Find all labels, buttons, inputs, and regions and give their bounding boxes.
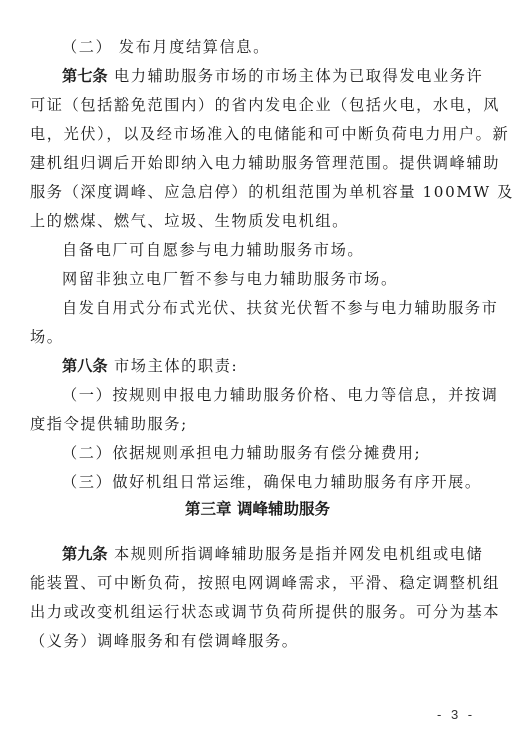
paragraph-line: （义务）调峰服务和有偿调峰服务。 [30, 631, 472, 651]
article-7-line: 第七条 电力辅助服务市场的市场主体为已取得发电业务许 [62, 66, 472, 86]
article-9-text: 本规则所指调峰辅助服务是指并网发电机组或电储 [108, 545, 484, 563]
chapter-title: 第三章 调峰辅助服务 [0, 497, 515, 519]
paragraph-line: 电，光伏），以及经市场准入的电储能和可中断负荷电力用户。新 [30, 124, 472, 144]
paragraph-line: （三）做好机组日常运维，确保电力辅助服务有序开展。 [62, 472, 472, 492]
article-9-line: 第九条 本规则所指调峰辅助服务是指并网发电机组或电储 [62, 544, 472, 564]
paragraph-line: 网留非独立电厂暂不参与电力辅助服务市场。 [62, 269, 472, 289]
paragraph-line: 自备电厂可自愿参与电力辅助服务市场。 [62, 240, 472, 260]
paragraph-line: 场。 [30, 327, 472, 347]
article-9-heading: 第九条 [62, 545, 108, 563]
paragraph-line: （二）依据规则承担电力辅助服务有偿分摊费用; [62, 443, 472, 463]
paragraph-line: （一）按规则申报电力辅助服务价格、电力等信息，并按调 [62, 385, 472, 405]
article-8-heading: 第八条 [62, 357, 108, 375]
paragraph-line: 可证（包括豁免范围内）的省内发电企业（包括火电，水电，风 [30, 95, 472, 115]
paragraph-line: 出力或改变机组运行状态或调节负荷所提供的服务。可分为基本 [30, 602, 472, 622]
paragraph-line: 建机组归调后开始即纳入电力辅助服务管理范围。提供调峰辅助 [30, 153, 472, 173]
article-7-heading: 第七条 [62, 67, 108, 85]
article-8-text: 市场主体的职责: [108, 357, 239, 375]
paragraph-line: 度指令提供辅助服务; [30, 414, 472, 434]
paragraph-line: 自发自用式分布式光伏、扶贫光伏暂不参与电力辅助服务市 [62, 298, 472, 318]
page-number: - 3 - [437, 707, 475, 722]
paragraph-line: （二） 发布月度结算信息。 [62, 37, 472, 57]
paragraph-line: 能装置、可中断负荷，按照电网调峰需求，平滑、稳定调整机组 [30, 573, 472, 593]
paragraph-line: 服务（深度调峰、应急启停）的机组范围为单机容量 100MW 及以 [30, 182, 472, 202]
article-8-line: 第八条 市场主体的职责: [62, 356, 472, 376]
article-7-text: 电力辅助服务市场的市场主体为已取得发电业务许 [108, 67, 484, 85]
paragraph-line: 上的燃煤、燃气、垃圾、生物质发电机组。 [30, 211, 472, 231]
document-page: （二） 发布月度结算信息。 第七条 电力辅助服务市场的市场主体为已取得发电业务许… [0, 0, 515, 730]
